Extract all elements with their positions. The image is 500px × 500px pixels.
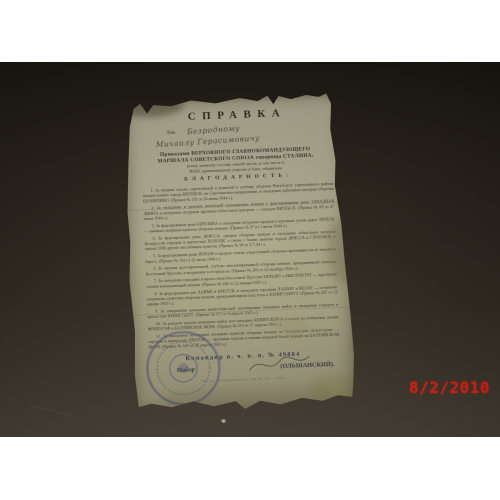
photograph: СПРАВКА Тов.Безродному Михаилу Герасимов… — [0, 62, 500, 437]
preamble: Приказами ВЕРХОВНОГО ГЛАВНОКОМАНДУЮЩЕГО … — [124, 144, 347, 177]
certificate-content: СПРАВКА Тов.Безродному Михаилу Герасимов… — [122, 91, 356, 413]
salutation-row: Тов.Безродному — [166, 120, 345, 136]
preamble-line-4: ВАМ, принимавшему участие в боях, объявл… — [125, 163, 347, 177]
commendation-paragraph: 3. За форсирование реки БЕРЕЗИНА и овлад… — [144, 217, 335, 235]
handwritten-signature — [246, 350, 314, 379]
commendation-paragraph: 6. За прорыв долговременной, глубоко эше… — [145, 259, 336, 277]
preamble-line-2: МАРШАЛА СОВЕТСКОГО СОЮЗА товарища СТАЛИН… — [124, 151, 346, 166]
commendation-list: 1. За прорыв сильно укреплённой и развит… — [126, 181, 354, 351]
benediction-line: БЛАГОДАРНОСТЬ: — [125, 170, 347, 185]
preamble-line-1: Приказами ВЕРХОВНОГО ГЛАВНОКОМАНДУЮЩЕГО — [124, 144, 346, 159]
commendation-paragraph: 9. За завершение разгрома кенигсбергской… — [147, 302, 338, 320]
commendation-paragraph: 7. За овладение городами и крепостями Во… — [146, 272, 337, 290]
fold-crease — [130, 307, 352, 317]
fold-crease — [126, 202, 348, 212]
table-scratch — [29, 404, 74, 416]
commendation-paragraph: 4. За форсирование реки ДРИССА, прорыв о… — [144, 229, 335, 252]
document-title: СПРАВКА — [122, 91, 345, 126]
round-ink-stamp-icon — [144, 329, 223, 408]
salutation-label: Тов. — [166, 129, 176, 135]
commendation-paragraph: 11. За овладение последним опорным пункт… — [148, 327, 339, 350]
commendation-paragraph: 2. За овладение и разгром витебской груп… — [143, 199, 334, 222]
certificate-paper: СПРАВКА Тов.Безродному Михаилу Герасимов… — [122, 91, 356, 413]
unit-commander-line: Командир в. ч. п. п. № 49884 — [132, 348, 354, 364]
preamble-line-3: всему личному составу нашей части, в том… — [125, 157, 347, 171]
paper-stain — [309, 373, 360, 403]
rank-label: Майор — [176, 366, 195, 374]
paper-stain — [274, 316, 310, 337]
camera-date-stamp: 8/2/2010 — [409, 378, 490, 397]
commander-name: (ОЛЬШАНСКИЙ). — [280, 360, 334, 370]
handwritten-name-line2: Михаилу Герасимовичу — [156, 128, 346, 149]
commendation-paragraph: 1. За прорыв сильно укреплённой и развит… — [142, 181, 333, 204]
commendation-paragraph: 10. За разгром группы немецких войск юго… — [148, 315, 339, 333]
dust-speck — [221, 419, 226, 423]
paper-stain — [326, 219, 354, 285]
paper-stain — [163, 383, 329, 411]
signature-row: Майор (ОЛЬШАНСКИЙ). — [176, 360, 334, 374]
handwritten-name-line1: Безродному — [187, 123, 241, 136]
printing-house-line: Тип. газ. «Вперёд на врага», зак. № 558 … — [133, 373, 355, 386]
photo-frame: СПРАВКА Тов.Безродному Михаилу Герасимов… — [0, 0, 500, 500]
commendation-paragraph: 5. За форсирование реки НЕМАН и прорыв с… — [145, 247, 336, 265]
paper-stain — [118, 94, 184, 118]
commendation-paragraph: 8. За форсирование рек ДАЙМЕ и ПРЕГЕЛЬ и… — [146, 285, 337, 308]
